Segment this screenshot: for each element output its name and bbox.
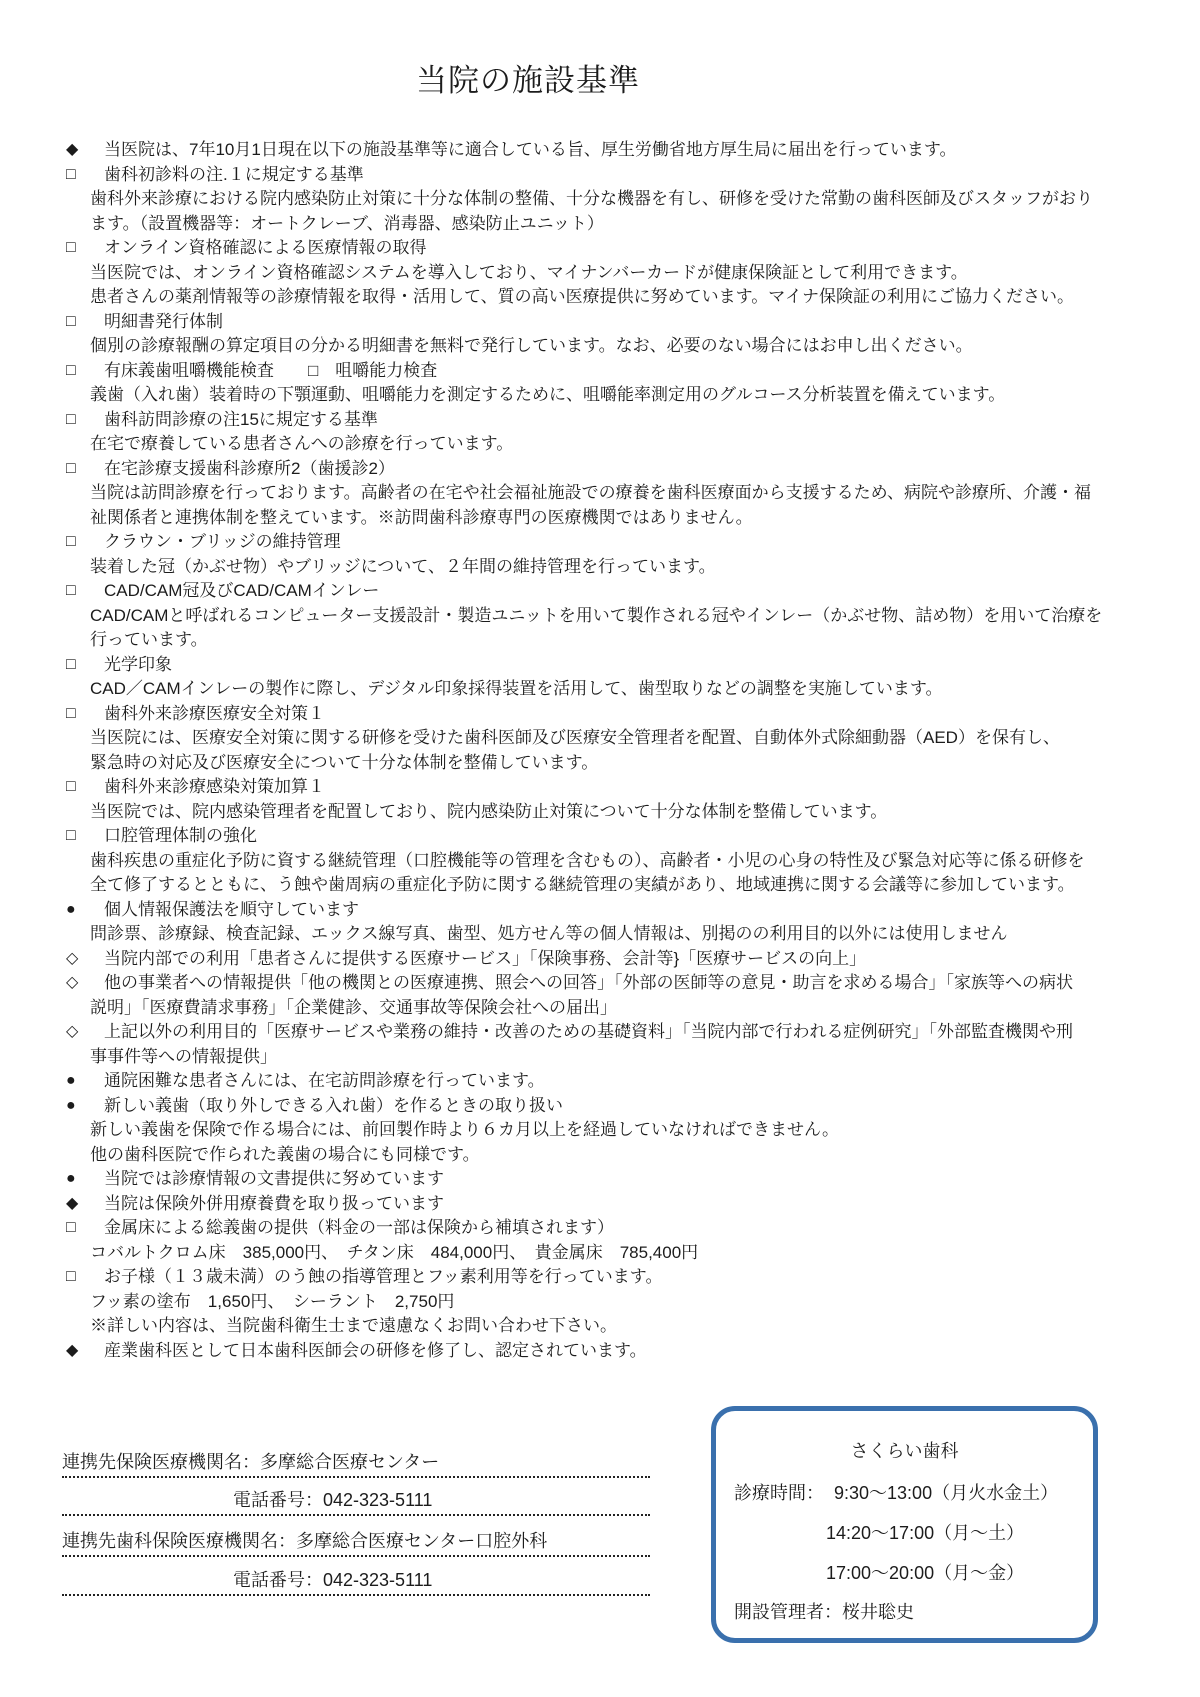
row-text: 有床義歯咀嚼機能検査 □ 咀嚼能力検査 — [104, 359, 437, 384]
bullet-marker: □ — [66, 1265, 76, 1290]
list-row: ●新しい義歯（取り外しできる入れ歯）を作るときの取り扱い — [0, 1094, 1200, 1119]
list-row: 他の歯科医院で作られた義歯の場合にも同様です。 — [0, 1143, 1200, 1168]
bullet-marker: □ — [66, 702, 76, 727]
row-text: 金属床による総義歯の提供（料金の一部は保険から補填されます） — [104, 1216, 614, 1241]
list-row: ◇当院内部での利用「患者さんに提供する医療サービス」「保険事務、会計等}「医療サ… — [0, 947, 1200, 972]
list-row: 歯科疾患の重症化予防に資する継続管理（口腔機能等の管理を含むもの）、高齢者・小児… — [0, 849, 1200, 874]
list-row: □歯科初診料の注.１に規定する基準 — [0, 163, 1200, 188]
list-row: 個別の診療報酬の算定項目の分かる明細書を無料で発行しています。なお、必要のない場… — [0, 334, 1200, 359]
row-text: 個別の診療報酬の算定項目の分かる明細書を無料で発行しています。なお、必要のない場… — [90, 334, 973, 359]
list-row: 全て修了するとともに、う蝕や歯周病の重症化予防に関する継続管理の実績があり、地域… — [0, 873, 1200, 898]
row-text: 他の事業者への情報提供「他の機関との医療連携、照会への回答」「外部の医師等の意見… — [104, 971, 1073, 996]
row-text: 当医院には、医療安全対策に関する研修を受けた歯科医師及び医療安全管理者を配置、自… — [90, 726, 1060, 751]
partner-line: 連携先保険医療機関名：多摩総合医療センター — [62, 1445, 650, 1478]
list-row: CAD／CAMインレーの製作に際し、デジタル印象採得装置を活用して、歯型取りなど… — [0, 677, 1200, 702]
row-text: 行っています。 — [90, 628, 208, 653]
list-row: 問診票、診療録、検査記録、エックス線写真、歯型、処方せん等の個人情報は、別掲のの… — [0, 922, 1200, 947]
list-row: 装着した冠（かぶせ物）やブリッジについて、２年間の維持管理を行っています。 — [0, 555, 1200, 580]
row-text: 当医院は、7年10月1日現在以下の施設基準等に適合している旨、厚生労働省地方厚生… — [104, 138, 956, 163]
row-text: 当院では診療情報の文書提供に努めています — [104, 1167, 444, 1192]
partner-line: 電話番号：042-323-5111 — [62, 1484, 650, 1516]
row-text: コバルトクロム床 385,000円、 チタン床 484,000円、 貴金属床 7… — [90, 1241, 698, 1266]
list-row: 当医院では、院内感染管理者を配置しており、院内感染防止対策について十分な体制を整… — [0, 800, 1200, 825]
bullet-marker: □ — [66, 579, 76, 604]
row-text: 当院は保険外併用療養費を取り扱っています — [104, 1192, 444, 1217]
list-row: ◆当医院は、7年10月1日現在以下の施設基準等に適合している旨、厚生労働省地方厚… — [0, 138, 1200, 163]
list-row: 歯科外来診療における院内感染防止対策に十分な体制の整備、十分な機器を有し、研修を… — [0, 187, 1200, 212]
row-text: 上記以外の利用目的「医療サービスや業務の維持・改善のための基礎資料」「当院内部で… — [104, 1020, 1073, 1045]
bullet-marker: □ — [66, 359, 76, 384]
bullet-marker: ● — [66, 898, 76, 923]
row-text: 在宅診療支援歯科診療所2（歯援診2） — [104, 457, 395, 482]
bullet-marker: ◇ — [66, 1020, 78, 1045]
row-text: 個人情報保護法を順守しています — [104, 898, 359, 923]
list-row: □クラウン・ブリッジの維持管理 — [0, 530, 1200, 555]
row-text: 当医院では、オンライン資格確認システムを導入しており、マイナンバーカードが健康保… — [90, 261, 968, 286]
row-text: 光学印象 — [104, 653, 172, 678]
row-text: 緊急時の対応及び医療安全について十分な体制を整備しています。 — [90, 751, 598, 776]
row-text: 全て修了するとともに、う蝕や歯周病の重症化予防に関する継続管理の実績があり、地域… — [90, 873, 1075, 898]
row-text: 義歯（入れ歯）装着時の下顎運動、咀嚼能力を測定するために、咀嚼能率測定用のグルコ… — [90, 383, 1005, 408]
partner-line-text: 連携先歯科保険医療機関名：多摩総合医療センター口腔外科 — [62, 1527, 547, 1553]
row-text: フッ素の塗布 1,650円、 シーラント 2,750円 — [90, 1290, 454, 1315]
bullet-marker: □ — [66, 408, 76, 433]
list-row: 事事件等への情報提供」 — [0, 1045, 1200, 1070]
list-row: 祉関係者と連携体制を整えています。※訪問歯科診療専門の医療機関ではありません。 — [0, 506, 1200, 531]
row-text: 新しい義歯を保険で作る場合には、前回製作時より６カ月以上を経過していなければでき… — [90, 1118, 839, 1143]
list-row: ます。（設置機器等：オートクレーブ、消毒器、感染防止ユニット） — [0, 212, 1200, 237]
row-text: ※詳しい内容は、当院歯科衛生士まで遠慮なくお問い合わせ下さい。 — [90, 1314, 617, 1339]
row-text: 歯科外来診療における院内感染防止対策に十分な体制の整備、十分な機器を有し、研修を… — [90, 187, 1093, 212]
list-row: 当医院では、オンライン資格確認システムを導入しており、マイナンバーカードが健康保… — [0, 261, 1200, 286]
bullet-marker: □ — [66, 236, 76, 261]
row-text: オンライン資格確認による医療情報の取得 — [104, 236, 427, 261]
document-page: 当院の施設基準 ◆当医院は、7年10月1日現在以下の施設基準等に適合している旨、… — [0, 0, 1200, 1697]
list-row: ◆産業歯科医として日本歯科医師会の研修を修了し、認定されています。 — [0, 1339, 1200, 1364]
list-row: □お子様（１３歳未満）のう蝕の指導管理とフッ素利用等を行っています。 — [0, 1265, 1200, 1290]
partner-line-text: 電話番号：042-323-5111 — [233, 1486, 432, 1512]
list-row: 当医院には、医療安全対策に関する研修を受けた歯科医師及び医療安全管理者を配置、自… — [0, 726, 1200, 751]
list-row: □在宅診療支援歯科診療所2（歯援診2） — [0, 457, 1200, 482]
list-row: 新しい義歯を保険で作る場合には、前回製作時より６カ月以上を経過していなければでき… — [0, 1118, 1200, 1143]
bullet-marker: □ — [66, 1216, 76, 1241]
list-row: フッ素の塗布 1,650円、 シーラント 2,750円 — [0, 1290, 1200, 1315]
bullet-marker: ◇ — [66, 947, 78, 972]
list-row: □光学印象 — [0, 653, 1200, 678]
list-row: □有床義歯咀嚼機能検査 □ 咀嚼能力検査 — [0, 359, 1200, 384]
row-text: 歯科外来診療医療安全対策１ — [104, 702, 325, 727]
list-row: □歯科訪問診療の注15に規定する基準 — [0, 408, 1200, 433]
partner-line: 電話番号：042-323-5111 — [62, 1564, 650, 1596]
list-row: □明細書発行体制 — [0, 310, 1200, 335]
list-row: □口腔管理体制の強化 — [0, 824, 1200, 849]
bullet-marker: □ — [66, 775, 76, 800]
row-text: 装着した冠（かぶせ物）やブリッジについて、２年間の維持管理を行っています。 — [90, 555, 716, 580]
row-text: CAD/CAM冠及びCAD/CAMインレー — [104, 579, 379, 604]
bullet-marker: ● — [66, 1069, 76, 1094]
bullet-marker: ◇ — [66, 971, 78, 996]
list-row: 行っています。 — [0, 628, 1200, 653]
row-text: 他の歯科医院で作られた義歯の場合にも同様です。 — [90, 1143, 480, 1168]
bullet-marker: □ — [66, 824, 76, 849]
list-row: CAD/CAMと呼ばれるコンピューター支援設計・製造ユニットを用いて製作される冠… — [0, 604, 1200, 629]
row-text: 当院内部での利用「患者さんに提供する医療サービス」「保険事務、会計等}「医療サー… — [104, 947, 866, 972]
bullet-marker: □ — [66, 310, 76, 335]
list-row: 説明」「医療費請求事務」「企業健診、交通事故等保険会社への届出」 — [0, 996, 1200, 1021]
row-text: 歯科外来診療感染対策加算１ — [104, 775, 325, 800]
row-text: 歯科訪問診療の注15に規定する基準 — [104, 408, 378, 433]
row-text: 当医院では、院内感染管理者を配置しており、院内感染防止対策について十分な体制を整… — [90, 800, 887, 825]
list-row: ◇上記以外の利用目的「医療サービスや業務の維持・改善のための基礎資料」「当院内部… — [0, 1020, 1200, 1045]
row-text: 患者さんの薬剤情報等の診療情報を取得・活用して、質の高い医療提供に努めています。… — [90, 285, 1074, 310]
bullet-marker: ● — [66, 1094, 76, 1119]
row-text: 口腔管理体制の強化 — [104, 824, 257, 849]
list-row: ●当院では診療情報の文書提供に努めています — [0, 1167, 1200, 1192]
list-row: ◆当院は保険外併用療養費を取り扱っています — [0, 1192, 1200, 1217]
row-text: 当院は訪問診療を行っております。高齢者の在宅や社会福祉施設での療養を歯科医療面か… — [90, 481, 1091, 506]
bullet-marker: ◆ — [66, 1192, 78, 1217]
list-row: 緊急時の対応及び医療安全について十分な体制を整備しています。 — [0, 751, 1200, 776]
list-row: □金属床による総義歯の提供（料金の一部は保険から補填されます） — [0, 1216, 1200, 1241]
bullet-marker: □ — [66, 163, 76, 188]
row-text: 歯科疾患の重症化予防に資する継続管理（口腔機能等の管理を含むもの）、高齢者・小児… — [90, 849, 1085, 874]
row-text: クラウン・ブリッジの維持管理 — [104, 530, 341, 555]
row-text: 通院困難な患者さんには、在宅訪問診療を行っています。 — [104, 1069, 545, 1094]
row-text: 事事件等への情報提供」 — [90, 1045, 277, 1070]
list-row: □歯科外来診療医療安全対策１ — [0, 702, 1200, 727]
page-title: 当院の施設基準 — [0, 55, 1056, 100]
row-text: お子様（１３歳未満）のう蝕の指導管理とフッ素利用等を行っています。 — [104, 1265, 662, 1290]
list-row: ●通院困難な患者さんには、在宅訪問診療を行っています。 — [0, 1069, 1200, 1094]
bullet-marker: ◆ — [66, 1339, 78, 1364]
row-text: CAD／CAMインレーの製作に際し、デジタル印象採得装置を活用して、歯型取りなど… — [90, 677, 943, 702]
list-row: □オンライン資格確認による医療情報の取得 — [0, 236, 1200, 261]
list-row: ※詳しい内容は、当院歯科衛生士まで遠慮なくお問い合わせ下さい。 — [0, 1314, 1200, 1339]
bullet-marker: ● — [66, 1167, 76, 1192]
list-row: ◇他の事業者への情報提供「他の機関との医療連携、照会への回答」「外部の医師等の意… — [0, 971, 1200, 996]
list-row: 患者さんの薬剤情報等の診療情報を取得・活用して、質の高い医療提供に努めています。… — [0, 285, 1200, 310]
list-row: コバルトクロム床 385,000円、 チタン床 484,000円、 貴金属床 7… — [0, 1241, 1200, 1266]
list-row: ●個人情報保護法を順守しています — [0, 898, 1200, 923]
row-text: 問診票、診療録、検査記録、エックス線写真、歯型、処方せん等の個人情報は、別掲のの… — [90, 922, 1008, 947]
partner-line-text: 連携先保険医療機関名：多摩総合医療センター — [62, 1448, 439, 1474]
row-text: 在宅で療養している患者さんへの診療を行っています。 — [90, 432, 513, 457]
row-text: ます。（設置機器等：オートクレーブ、消毒器、感染防止ユニット） — [90, 212, 604, 237]
row-text: 明細書発行体制 — [104, 310, 223, 335]
row-text: 祉関係者と連携体制を整えています。※訪問歯科診療専門の医療機関ではありません。 — [90, 506, 753, 531]
list-row: 当院は訪問診療を行っております。高齢者の在宅や社会福祉施設での療養を歯科医療面か… — [0, 481, 1200, 506]
bullet-marker: □ — [66, 457, 76, 482]
clinic-hours-line: 14:20～17:00（月～土） — [826, 1519, 1024, 1545]
list-row: □歯科外来診療感染対策加算１ — [0, 775, 1200, 800]
list-row: 義歯（入れ歯）装着時の下顎運動、咀嚼能力を測定するために、咀嚼能率測定用のグルコ… — [0, 383, 1200, 408]
list-row: 在宅で療養している患者さんへの診療を行っています。 — [0, 432, 1200, 457]
clinic-info-box: さくらい歯科 開設管理者：桜井聡史 診療時間： 9:30～13:00（月火水金土… — [711, 1406, 1098, 1643]
row-text: CAD/CAMと呼ばれるコンピューター支援設計・製造ユニットを用いて製作される冠… — [90, 604, 1102, 629]
row-text: 新しい義歯（取り外しできる入れ歯）を作るときの取り扱い — [104, 1094, 563, 1119]
clinic-hours-line: 17:00～20:00（月～金） — [826, 1559, 1024, 1585]
list-row: □CAD/CAM冠及びCAD/CAMインレー — [0, 579, 1200, 604]
partner-line: 連携先歯科保険医療機関名：多摩総合医療センター口腔外科 — [62, 1524, 650, 1557]
clinic-hours-line: 診療時間： 9:30～13:00（月火水金土） — [734, 1479, 1058, 1505]
row-text: 産業歯科医として日本歯科医師会の研修を修了し、認定されています。 — [104, 1339, 647, 1364]
bullet-marker: □ — [66, 530, 76, 555]
bullet-marker: ◆ — [66, 138, 78, 163]
clinic-manager-line: 開設管理者：桜井聡史 — [734, 1598, 914, 1624]
bullet-marker: □ — [66, 653, 76, 678]
partner-line-text: 電話番号：042-323-5111 — [233, 1566, 432, 1592]
row-text: 説明」「医療費請求事務」「企業健診、交通事故等保険会社への届出」 — [90, 996, 617, 1021]
clinic-name: さくらい歯科 — [716, 1437, 1093, 1463]
row-text: 歯科初診料の注.１に規定する基準 — [104, 163, 364, 188]
